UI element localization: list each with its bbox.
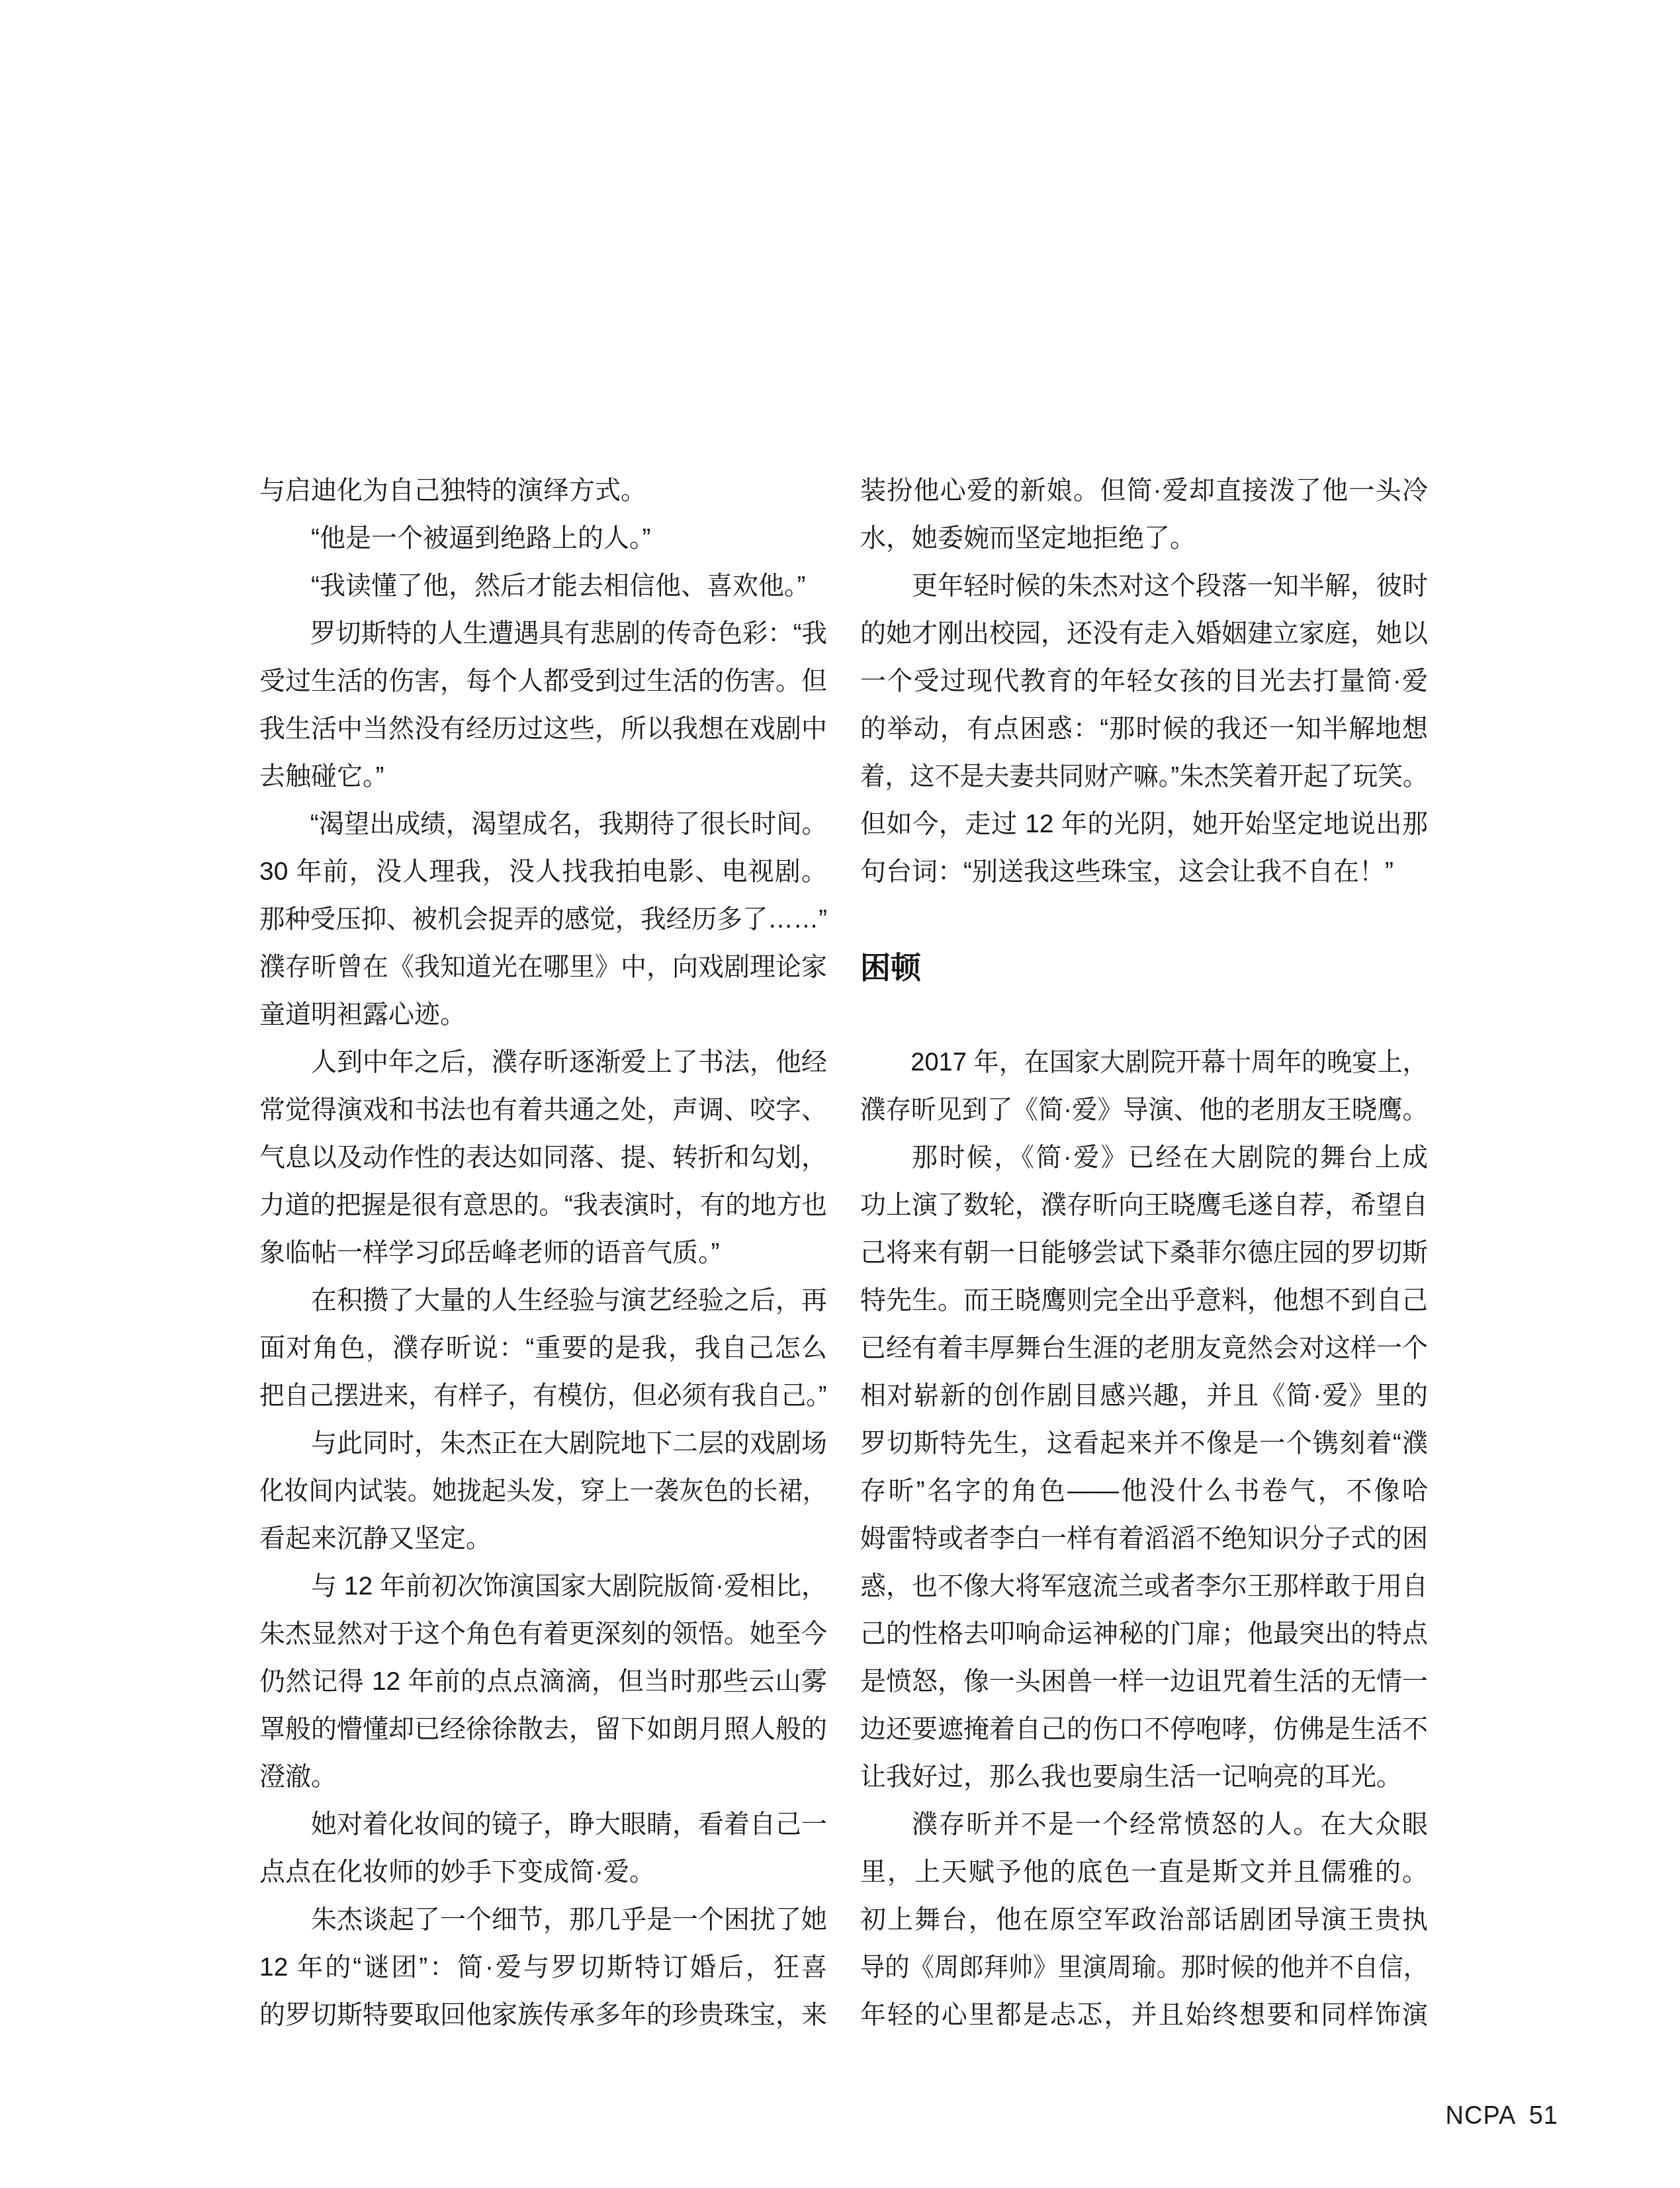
text-line: 惑，也不像大将军寇流兰或者李尔王那样敢于用自 — [860, 1563, 1428, 1610]
text-line: 朱杰谈起了一个细节，那几乎是一个困扰了她 — [259, 1896, 827, 1944]
text-line: 存昕”名字的角色——他没什么书卷气，不像哈 — [860, 1467, 1428, 1515]
text-line: 特先生。而王晓鹰则完全出乎意料，他想不到自己 — [860, 1277, 1428, 1325]
text-line: 把自己摆进来，有样子，有模仿，但必须有我自己。” — [259, 1372, 806, 1420]
text-line: 与此同时，朱杰正在大剧院地下二层的戏剧场 — [259, 1420, 827, 1467]
page-number: NCPA 51 — [1446, 2102, 1558, 2130]
text-line: 濮存昕见到了《简·爱》导演、他的老朋友王晓鹰。 — [860, 1086, 1419, 1134]
text-line: 濮存昕并不是一个经常愤怒的人。在大众眼 — [860, 1801, 1428, 1849]
text-line: 水，她委婉而坚定地拒绝了。 — [860, 515, 1428, 562]
text-line: “渴望出成绩，渴望成名，我期待了很长时间。 — [259, 801, 818, 848]
text-line: 的举动，有点困惑：“那时候的我还一知半解地想 — [860, 705, 1428, 753]
page-footer: NCPA 51 — [1388, 2074, 1558, 2159]
text-line: 那时候，《简·爱》已经在大剧院的舞台上成 — [860, 1134, 1428, 1182]
text-line: 功上演了数轮，濮存昕向王晓鹰毛遂自荐，希望自 — [860, 1182, 1428, 1229]
text-line: “我读懂了他，然后才能去相信他、喜欢他。” — [259, 562, 827, 610]
text-line: 我生活中当然没有经历过这些，所以我想在戏剧中 — [259, 705, 827, 753]
magazine-page: 与启迪化为自己独特的演绎方式。“他是一个被逼到绝路上的人。”“我读懂了他，然后才… — [0, 0, 1680, 2188]
text-line: 与 12 年前初次饰演国家大剧院版简·爱相比， — [259, 1563, 827, 1610]
text-line: 边还要遮掩着自己的伤口不停咆哮，仿佛是生活不 — [860, 1706, 1428, 1753]
left-text-column: 与启迪化为自己独特的演绎方式。“他是一个被逼到绝路上的人。”“我读懂了他，然后才… — [259, 467, 827, 2039]
text-line: 罗切斯特的人生遭遇具有悲剧的传奇色彩：“我 — [259, 610, 818, 658]
text-line: 罩般的懵懂却已经徐徐散去，留下如朗月照人般的 — [259, 1706, 827, 1753]
text-line: 气息以及动作性的表达如同落、提、转折和勾划， — [259, 1134, 827, 1182]
text-line: 与启迪化为自己独特的演绎方式。 — [259, 467, 827, 515]
text-line: 力道的把握是很有意思的。“我表演时，有的地方也 — [259, 1182, 818, 1229]
text-line: 朱杰显然对于这个角色有着更深刻的领悟。她至今 — [259, 1610, 827, 1658]
text-line: “他是一个被逼到绝路上的人。” — [259, 515, 827, 562]
text-line: 在积攒了大量的人生经验与演艺经验之后，再 — [259, 1277, 827, 1325]
text-line: 装扮他心爱的新娘。但简·爱却直接泼了他一头冷 — [860, 467, 1428, 515]
text-line: 导的《周郎拜帅》里演周瑜。那时候的他并不自信， — [860, 1944, 1403, 1991]
text-line: 人到中年之后，濮存昕逐渐爱上了书法，他经 — [259, 1039, 827, 1086]
text-line: 已经有着丰厚舞台生涯的老朋友竟然会对这样一个 — [860, 1325, 1428, 1372]
text-line: 着，这不是夫妻共同财产嘛。”朱杰笑着开起了玩笑。 — [860, 753, 1407, 801]
text-line: 初上舞台，他在原空军政治部话剧团导演王贵执 — [860, 1896, 1428, 1944]
text-line: 2017 年，在国家大剧院开幕十周年的晚宴上， — [860, 1039, 1415, 1086]
section-heading: 困顿 — [860, 943, 1428, 991]
text-line: 她对着化妆间的镜子，睁大眼睛，看着自己一 — [259, 1801, 827, 1849]
text-line: 的罗切斯特要取回他家族传承多年的珍贵珠宝，来 — [259, 1991, 827, 2039]
text-line: 句台词：“别送我这些珠宝，这会让我不自在！” — [860, 848, 1428, 896]
text-line: 己的性格去叩响命运神秘的门扉；他最突出的特点 — [860, 1610, 1428, 1658]
text-line: 让我好过，那么我也要扇生活一记响亮的耳光。 — [860, 1753, 1428, 1801]
text-line: 年轻的心里都是忐忑，并且始终想要和同样饰演 — [860, 1991, 1428, 2039]
text-line: 罗切斯特先生，这看起来并不像是一个镌刻着“濮 — [860, 1420, 1428, 1467]
right-column-lower-lines: 2017 年，在国家大剧院开幕十周年的晚宴上，濮存昕见到了《简·爱》导演、他的老… — [860, 1039, 1428, 2039]
text-line: 的她才刚出校园，还没有走入婚姻建立家庭，她以 — [860, 610, 1428, 658]
text-line: 那种受压抑、被机会捉弄的感觉，我经历多了……” — [259, 896, 818, 943]
right-column-upper-lines: 装扮他心爱的新娘。但简·爱却直接泼了他一头冷水，她委婉而坚定地拒绝了。更年轻时候… — [860, 467, 1428, 896]
text-line: 己将来有朝一日能够尝试下桑菲尔德庄园的罗切斯 — [860, 1229, 1428, 1277]
text-line: 仍然记得 12 年前的点点滴滴，但当时那些云山雾 — [259, 1658, 827, 1706]
text-line: 姆雷特或者李白一样有着滔滔不绝知识分子式的困 — [860, 1515, 1428, 1563]
text-line: 面对角色，濮存昕说：“重要的是我，我自己怎么 — [259, 1325, 827, 1372]
text-line: 是愤怒，像一头困兽一样一边诅咒着生活的无情一 — [860, 1658, 1428, 1706]
text-line: 但如今，走过 12 年的光阴，她开始坚定地说出那 — [860, 801, 1428, 848]
text-line: 一个受过现代教育的年轻女孩的目光去打量简·爱 — [860, 658, 1428, 705]
text-line: 12 年的“谜团”：简·爱与罗切斯特订婚后，狂喜 — [259, 1944, 827, 1991]
text-line: 童道明袒露心迹。 — [259, 991, 827, 1039]
text-line: 象临帖一样学习邱岳峰老师的语音气质。” — [259, 1229, 827, 1277]
text-line: 濮存昕曾在《我知道光在哪里》中，向戏剧理论家 — [259, 943, 827, 991]
text-line: 30 年前，没人理我，没人找我拍电影、电视剧。 — [259, 848, 827, 896]
text-line: 常觉得演戏和书法也有着共通之处，声调、咬字、 — [259, 1086, 827, 1134]
text-line: 去触碰它。” — [259, 753, 827, 801]
text-line: 看起来沉静又坚定。 — [259, 1515, 827, 1563]
text-line: 相对崭新的创作剧目感兴趣，并且《简·爱》里的 — [860, 1372, 1428, 1420]
text-line: 化妆间内试装。她拢起头发，穿上一袭灰色的长裙， — [259, 1467, 803, 1515]
text-line: 点点在化妆师的妙手下变成简·爱。 — [259, 1849, 827, 1896]
right-text-column: 装扮他心爱的新娘。但简·爱却直接泼了他一头冷水，她委婉而坚定地拒绝了。更年轻时候… — [860, 467, 1428, 2039]
text-line: 更年轻时候的朱杰对这个段落一知半解，彼时 — [860, 562, 1428, 610]
text-line: 里，上天赋予他的底色一直是斯文并且儒雅的。 — [860, 1849, 1428, 1896]
text-line: 澄澈。 — [259, 1753, 827, 1801]
text-line: 受过生活的伤害，每个人都受到过生活的伤害。但 — [259, 658, 827, 705]
